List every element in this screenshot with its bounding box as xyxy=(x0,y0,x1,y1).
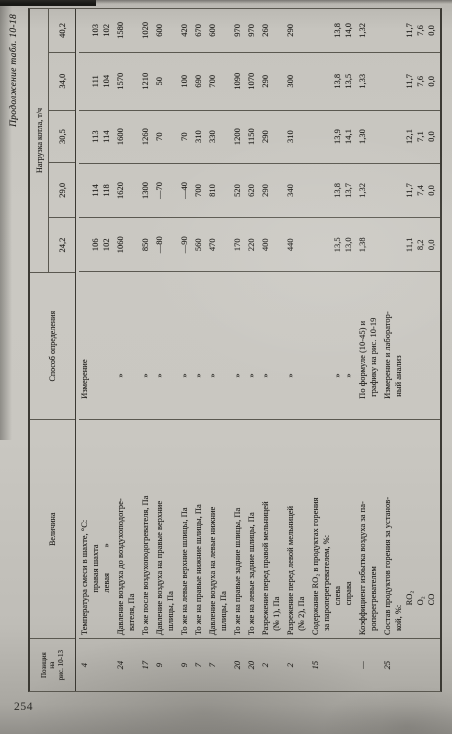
cell-line: —80 xyxy=(154,218,165,271)
cell-line xyxy=(382,9,393,52)
cell-line: 620 xyxy=(246,164,257,218)
cell-line: 0,0 xyxy=(426,111,437,163)
value-cell: 1150 xyxy=(246,111,260,164)
cell-line: » xyxy=(193,272,204,399)
cell-line xyxy=(296,111,307,163)
cell-line: 290 xyxy=(285,9,296,52)
cell-line: 50 xyxy=(154,53,165,110)
cell-line: 470 xyxy=(207,218,218,271)
cell-line: Разрежение перед правой мельницей xyxy=(260,420,271,635)
value-cell: 70 xyxy=(179,111,193,164)
position-cell: 20 xyxy=(246,639,260,691)
value-cell: —80 xyxy=(154,218,179,272)
cell-line xyxy=(296,164,307,218)
header-load-24-2: 24,2 xyxy=(49,218,75,272)
sposob-cell: Измерение xyxy=(79,272,115,420)
velichina-cell: Давление воздуха на левые нижние шлицы, … xyxy=(207,420,232,639)
header-load-group-cell: Нагрузка котла, т/ч 24,229,030,534,040,2 xyxy=(30,9,75,273)
cell-line xyxy=(382,53,393,110)
cell-line xyxy=(296,639,307,691)
velichina-cell: То же на правые задние шлицы, Па xyxy=(232,420,246,639)
cell-line: 14,0 xyxy=(343,9,354,52)
cell-line: 440 xyxy=(285,218,296,271)
value-cell: 1580 xyxy=(115,9,140,53)
cell-line: » xyxy=(232,272,243,399)
sposob-cell: » xyxy=(285,272,310,420)
value-cell: 111104 xyxy=(79,53,115,111)
position-cell: 9 xyxy=(179,639,193,691)
scan-edge-artifact xyxy=(0,0,96,6)
cell-line: 13,8 xyxy=(332,53,343,110)
cell-line: слева xyxy=(332,420,343,635)
scanned-book-page: Продолжение табл. 10-18 Позиция на рис. … xyxy=(0,0,452,734)
cell-line xyxy=(368,639,379,691)
position-cell: 24 xyxy=(115,639,140,691)
table-row: 17То же после воздухоподогревателя, Па »… xyxy=(140,9,154,691)
cell-line: 15 xyxy=(310,639,321,691)
value-cell: 1090 xyxy=(232,53,246,111)
cell-line: 4 xyxy=(79,639,90,691)
cell-line: 13,0 xyxy=(343,218,354,271)
velichina-cell: То же после воздухоподогревателя, Па xyxy=(140,420,154,639)
data-table: Позиция на рис. 10-13 Величина Способ оп… xyxy=(28,8,442,692)
cell-line: » xyxy=(207,272,218,399)
table-body: 4Температура смеси в шахте, °С: правая ш… xyxy=(76,9,440,691)
cell-line: 1,32 xyxy=(357,164,368,218)
value-cell: 13,814,0 xyxy=(310,9,357,53)
cell-line: 700 xyxy=(207,53,218,110)
cell-line xyxy=(218,53,229,110)
cell-line xyxy=(415,272,426,399)
sposob-cell: » xyxy=(260,272,285,420)
cell-line: 111 xyxy=(90,53,101,110)
cell-line xyxy=(393,639,404,691)
cell-line: за пароперегревателем, %: xyxy=(321,420,332,635)
cell-line xyxy=(310,53,321,110)
table-row: 2Разрежение перед правой мельницей (№ 1)… xyxy=(260,9,285,691)
cell-line xyxy=(393,164,404,218)
cell-line: роперегревателем xyxy=(368,420,379,635)
value-cell: 70 xyxy=(154,111,179,164)
cell-line: 1070 xyxy=(246,53,257,110)
table-row: 7То же на правые нижние шлицы, Па »56070… xyxy=(193,9,207,691)
cell-line: 13,7 xyxy=(343,164,354,218)
velichina-cell: Разрежение перед левой мельницей (№ 2), … xyxy=(285,420,310,639)
value-cell: 850 xyxy=(140,218,154,272)
cell-line xyxy=(165,164,176,218)
value-cell: 1300 xyxy=(140,164,154,219)
cell-line: То же после воздухоподогревателя, Па xyxy=(140,420,151,635)
header-load-group: Нагрузка котла, т/ч xyxy=(30,9,49,272)
cell-line xyxy=(310,272,321,399)
value-cell: 11,77,40,0 xyxy=(382,164,440,219)
cell-line: —70 xyxy=(154,164,165,218)
velichina-cell: То же на правые нижние шлицы, Па xyxy=(193,420,207,639)
cell-line xyxy=(90,272,101,399)
cell-line: Разрежение перед левой мельницей xyxy=(285,420,296,635)
value-cell: 1060 xyxy=(115,218,140,272)
cell-line: справа xyxy=(343,420,354,635)
cell-line: 106 xyxy=(90,218,101,271)
cell-line: 13,9 xyxy=(332,111,343,163)
cell-line xyxy=(126,218,137,271)
cell-line: 2 xyxy=(260,639,271,691)
table-continuation-title: Продолжение табл. 10-18 xyxy=(8,8,20,700)
position-cell: 15 xyxy=(310,639,357,691)
cell-line: 970 xyxy=(232,9,243,52)
cell-line xyxy=(126,272,137,399)
cell-line: Содержание RO₂ в продуктах горения xyxy=(310,420,321,635)
cell-line: » xyxy=(343,272,354,399)
cell-line xyxy=(271,9,282,52)
header-load-30-5: 30,5 xyxy=(49,111,75,164)
cell-line: 1620 xyxy=(115,164,126,218)
cell-line: Давление воздуха на правые верхние xyxy=(154,420,165,635)
header-load-values: 24,229,030,534,040,2 xyxy=(49,9,75,272)
cell-line: 11,7 xyxy=(404,9,415,52)
cell-line: 1300 xyxy=(140,164,151,218)
value-cell: 600 xyxy=(154,9,179,53)
cell-line xyxy=(368,9,379,52)
cell-line: 290 xyxy=(260,164,271,218)
sposob-cell: » » xyxy=(310,272,357,420)
cell-line xyxy=(271,164,282,218)
cell-line: 7,6 xyxy=(415,53,426,110)
value-cell: 11,77,60,0 xyxy=(382,9,440,53)
value-cell: 11,18,20,0 xyxy=(382,218,440,272)
header-load-40-2: 40,2 xyxy=(49,9,75,53)
cell-line: RO₂ xyxy=(404,420,415,635)
cell-line: То же на правые задние шлицы, Па xyxy=(232,420,243,635)
sposob-cell: » xyxy=(140,272,154,420)
cell-line xyxy=(368,218,379,271)
value-cell: 1200 xyxy=(232,111,246,164)
cell-line: 0,0 xyxy=(426,53,437,110)
cell-line: 118 xyxy=(101,164,112,218)
cell-line: 9 xyxy=(154,639,165,691)
cell-line: (№ 1), Па xyxy=(271,420,282,635)
cell-line xyxy=(310,218,321,271)
value-cell: 400 xyxy=(260,218,285,272)
value-cell: 290 xyxy=(260,53,285,111)
velichina-cell: Температура смеси в шахте, °С: правая ша… xyxy=(79,420,115,639)
value-cell: 440 xyxy=(285,218,310,272)
cell-line: 13,8 xyxy=(332,9,343,52)
cell-line xyxy=(126,164,137,218)
cell-line: 1,38 xyxy=(357,218,368,271)
cell-line: » xyxy=(140,272,151,399)
cell-line xyxy=(165,111,176,163)
cell-line: 11,7 xyxy=(404,53,415,110)
cell-line: CO xyxy=(426,420,437,635)
cell-line: 70 xyxy=(179,111,190,163)
cell-line: графику на рис. 10-19 xyxy=(368,272,379,399)
cell-line xyxy=(101,639,112,691)
sposob-cell: » xyxy=(154,272,179,420)
cell-line: 1,33 xyxy=(357,53,368,110)
velichina-cell: Давление воздуха до воздухоподогре- вате… xyxy=(115,420,140,639)
cell-line xyxy=(271,639,282,691)
cell-line: 0,0 xyxy=(426,164,437,218)
cell-line xyxy=(79,164,90,218)
value-cell: 560 xyxy=(193,218,207,272)
cell-line: То же на правые нижние шлицы, Па xyxy=(193,420,204,635)
value-cell: 114118 xyxy=(79,164,115,219)
value-cell: 113114 xyxy=(79,111,115,164)
value-cell: 100 xyxy=(179,53,193,111)
value-cell: 103102 xyxy=(79,9,115,53)
table-row: —Коэффициент избытка воздуха за па- ропе… xyxy=(357,9,382,691)
cell-line: 670 xyxy=(193,9,204,52)
table-row: 7Давление воздуха на левые нижние шлицы,… xyxy=(207,9,232,691)
value-cell: 50 xyxy=(154,53,179,111)
value-cell: —70 xyxy=(154,164,179,219)
cell-line: 300 xyxy=(285,53,296,110)
header-position-column: Позиция на рис. 10-13 xyxy=(30,639,75,691)
cell-line: 103 xyxy=(90,9,101,52)
cell-line xyxy=(218,218,229,271)
value-cell: 300 xyxy=(285,53,310,111)
cell-line: 220 xyxy=(246,218,257,271)
cell-line: 114 xyxy=(101,111,112,163)
cell-line xyxy=(296,272,307,399)
cell-line xyxy=(321,111,332,163)
value-cell: 290 xyxy=(260,111,285,164)
cell-line: 70 xyxy=(154,111,165,163)
table-row: 20То же на левые задние шлицы, Па »22062… xyxy=(246,9,260,691)
cell-line: левая » xyxy=(101,420,112,635)
cell-line xyxy=(426,272,437,399)
table-row: 20То же на правые задние шлицы, Па »1705… xyxy=(232,9,246,691)
table-row: 24Давление воздуха до воздухоподогре- ва… xyxy=(115,9,140,691)
value-cell: —90 xyxy=(179,218,193,272)
velichina-cell: Давление воздуха на правые верхние шлицы… xyxy=(154,420,179,639)
value-cell: 520 xyxy=(232,164,246,219)
value-cell: 1600 xyxy=(115,111,140,164)
cell-line xyxy=(321,164,332,218)
cell-line: 600 xyxy=(207,9,218,52)
cell-line: 11,1 xyxy=(404,218,415,271)
cell-line: 102 xyxy=(101,9,112,52)
cell-line: » xyxy=(285,272,296,399)
cell-line: Давление воздуха до воздухоподогре- xyxy=(115,420,126,635)
cell-line: 8,2 xyxy=(415,218,426,271)
cell-line: Коэффициент избытка воздуха за па- xyxy=(357,420,368,635)
position-cell: 25 xyxy=(382,639,440,691)
cell-line xyxy=(368,164,379,218)
cell-line: 310 xyxy=(285,111,296,163)
value-cell: 670 xyxy=(193,9,207,53)
cell-line xyxy=(165,272,176,399)
cell-line: 7 xyxy=(193,639,204,691)
header-velichina: Величина xyxy=(30,420,75,639)
cell-line xyxy=(310,164,321,218)
cell-line xyxy=(165,53,176,110)
table-row: 4Температура смеси в шахте, °С: правая ш… xyxy=(79,9,115,691)
cell-line: 1090 xyxy=(232,53,243,110)
cell-line: 970 xyxy=(246,9,257,52)
table-row: 2Разрежение перед левой мельницей (№ 2),… xyxy=(285,9,310,691)
value-cell: 220 xyxy=(246,218,260,272)
cell-line xyxy=(321,639,332,691)
cell-line: 7,4 xyxy=(415,164,426,218)
cell-line xyxy=(404,272,415,399)
cell-line: Измерение и лаборатор- xyxy=(382,272,393,399)
table-row: 9То же на левые верхние шлицы, Па »—90—4… xyxy=(179,9,193,691)
cell-line: По формуле (10-45) и xyxy=(357,272,368,399)
cell-line: 520 xyxy=(232,164,243,218)
cell-line: O₂ xyxy=(415,420,426,635)
cell-line: 1,32 xyxy=(357,9,368,52)
cell-line: шлицы, Па xyxy=(218,420,229,635)
position-cell: 20 xyxy=(232,639,246,691)
position-cell: 4 xyxy=(79,639,115,691)
value-cell: 810 xyxy=(207,164,232,219)
cell-line: 1570 xyxy=(115,53,126,110)
cell-line xyxy=(271,53,282,110)
position-cell: 7 xyxy=(207,639,232,691)
cell-line xyxy=(126,53,137,110)
cell-line: То же на левые задние шлицы, Па xyxy=(246,420,257,635)
cell-line: 290 xyxy=(260,111,271,163)
cell-line: шлицы, Па xyxy=(165,420,176,635)
value-cell: 1,30 xyxy=(357,111,382,164)
cell-line xyxy=(368,111,379,163)
value-cell: 12,17,10,0 xyxy=(382,111,440,164)
cell-line xyxy=(382,111,393,163)
cell-line xyxy=(218,111,229,163)
value-cell: 1070 xyxy=(246,53,260,111)
cell-line xyxy=(165,9,176,52)
value-cell: 970 xyxy=(232,9,246,53)
sposob-cell: » xyxy=(232,272,246,420)
value-cell: 106102 xyxy=(79,218,115,272)
cell-line xyxy=(415,639,426,691)
velichina-cell: То же на левые задние шлицы, Па xyxy=(246,420,260,639)
cell-line: 1060 xyxy=(115,218,126,271)
cell-line xyxy=(79,218,90,271)
value-cell: 11,77,60,0 xyxy=(382,53,440,111)
cell-line: 690 xyxy=(193,53,204,110)
cell-line xyxy=(382,218,393,271)
cell-line: (№ 2), Па xyxy=(296,420,307,635)
cell-line xyxy=(218,164,229,218)
cell-line: 420 xyxy=(179,9,190,52)
cell-line xyxy=(79,111,90,163)
value-cell: 13,813,5 xyxy=(310,53,357,111)
cell-line: 850 xyxy=(140,218,151,271)
cell-line: 1,30 xyxy=(357,111,368,163)
cell-line: 0,0 xyxy=(426,9,437,52)
cell-line: 9 xyxy=(179,639,190,691)
cell-line xyxy=(393,218,404,271)
position-cell: 9 xyxy=(154,639,179,691)
cell-line xyxy=(332,639,343,691)
cell-line: Температура смеси в шахте, °С: xyxy=(79,420,90,635)
cell-line: 14,1 xyxy=(343,111,354,163)
value-cell: 310 xyxy=(193,111,207,164)
cell-line: 7,6 xyxy=(415,9,426,52)
value-cell: 1,32 xyxy=(357,9,382,53)
cell-line xyxy=(310,111,321,163)
cell-line: кой, %: xyxy=(393,420,404,635)
cell-line: 260 xyxy=(260,9,271,52)
sposob-cell: Измерение и лаборатор- ный анализ xyxy=(382,272,440,420)
cell-line: Состав продуктов горения за установ- xyxy=(382,420,393,635)
cell-line xyxy=(218,272,229,399)
cell-line xyxy=(101,272,112,399)
velichina-cell: Коэффициент избытка воздуха за па- ропер… xyxy=(357,420,382,639)
rotated-table-area: Продолжение табл. 10-18 Позиция на рис. … xyxy=(8,8,448,700)
cell-line xyxy=(126,9,137,52)
value-cell: 1,33 xyxy=(357,53,382,111)
cell-line: 11,7 xyxy=(404,164,415,218)
value-cell: 290 xyxy=(285,9,310,53)
value-cell: 13,914,1 xyxy=(310,111,357,164)
header-load-29-0: 29,0 xyxy=(49,163,75,218)
cell-line: 340 xyxy=(285,164,296,218)
value-cell: 260 xyxy=(260,9,285,53)
cell-line xyxy=(126,639,137,691)
cell-line: 24 xyxy=(115,639,126,691)
cell-line xyxy=(393,9,404,52)
cell-line: 400 xyxy=(260,218,271,271)
cell-line xyxy=(165,639,176,691)
cell-line: 1260 xyxy=(140,111,151,163)
cell-line: » xyxy=(260,272,271,399)
cell-line: 20 xyxy=(232,639,243,691)
value-cell: 620 xyxy=(246,164,260,219)
cell-line xyxy=(296,218,307,271)
cell-line: 1150 xyxy=(246,111,257,163)
value-cell: 600 xyxy=(207,9,232,53)
cell-line xyxy=(90,639,101,691)
sposob-cell: » xyxy=(246,272,260,420)
cell-line: 1020 xyxy=(140,9,151,52)
cell-line xyxy=(310,9,321,52)
cell-line xyxy=(426,639,437,691)
cell-line xyxy=(126,111,137,163)
cell-line: Давление воздуха на левые нижние xyxy=(207,420,218,635)
value-cell: 1620 xyxy=(115,164,140,219)
cell-line: 12,1 xyxy=(404,111,415,163)
position-cell: 2 xyxy=(260,639,285,691)
cell-line xyxy=(296,53,307,110)
cell-line: 1580 xyxy=(115,9,126,52)
cell-line: 13,8 xyxy=(332,164,343,218)
header-sposob: Способ определения xyxy=(30,273,75,420)
cell-line: 560 xyxy=(193,218,204,271)
cell-line: 700 xyxy=(193,164,204,218)
cell-line xyxy=(321,53,332,110)
cell-line xyxy=(382,164,393,218)
value-cell: 1210 xyxy=(140,53,154,111)
cell-line xyxy=(393,53,404,110)
cell-line xyxy=(404,639,415,691)
page-number: 254 xyxy=(14,701,33,713)
cell-line xyxy=(271,272,282,399)
cell-line: 1600 xyxy=(115,111,126,163)
cell-line: » xyxy=(179,272,190,399)
cell-line xyxy=(218,9,229,52)
value-cell: —40 xyxy=(179,164,193,219)
table-row: 9Давление воздуха на правые верхние шлиц… xyxy=(154,9,179,691)
cell-line: » xyxy=(332,272,343,399)
value-cell: 290 xyxy=(260,164,285,219)
cell-line: 600 xyxy=(154,9,165,52)
value-cell: 1,32 xyxy=(357,164,382,219)
position-cell: 17 xyxy=(140,639,154,691)
